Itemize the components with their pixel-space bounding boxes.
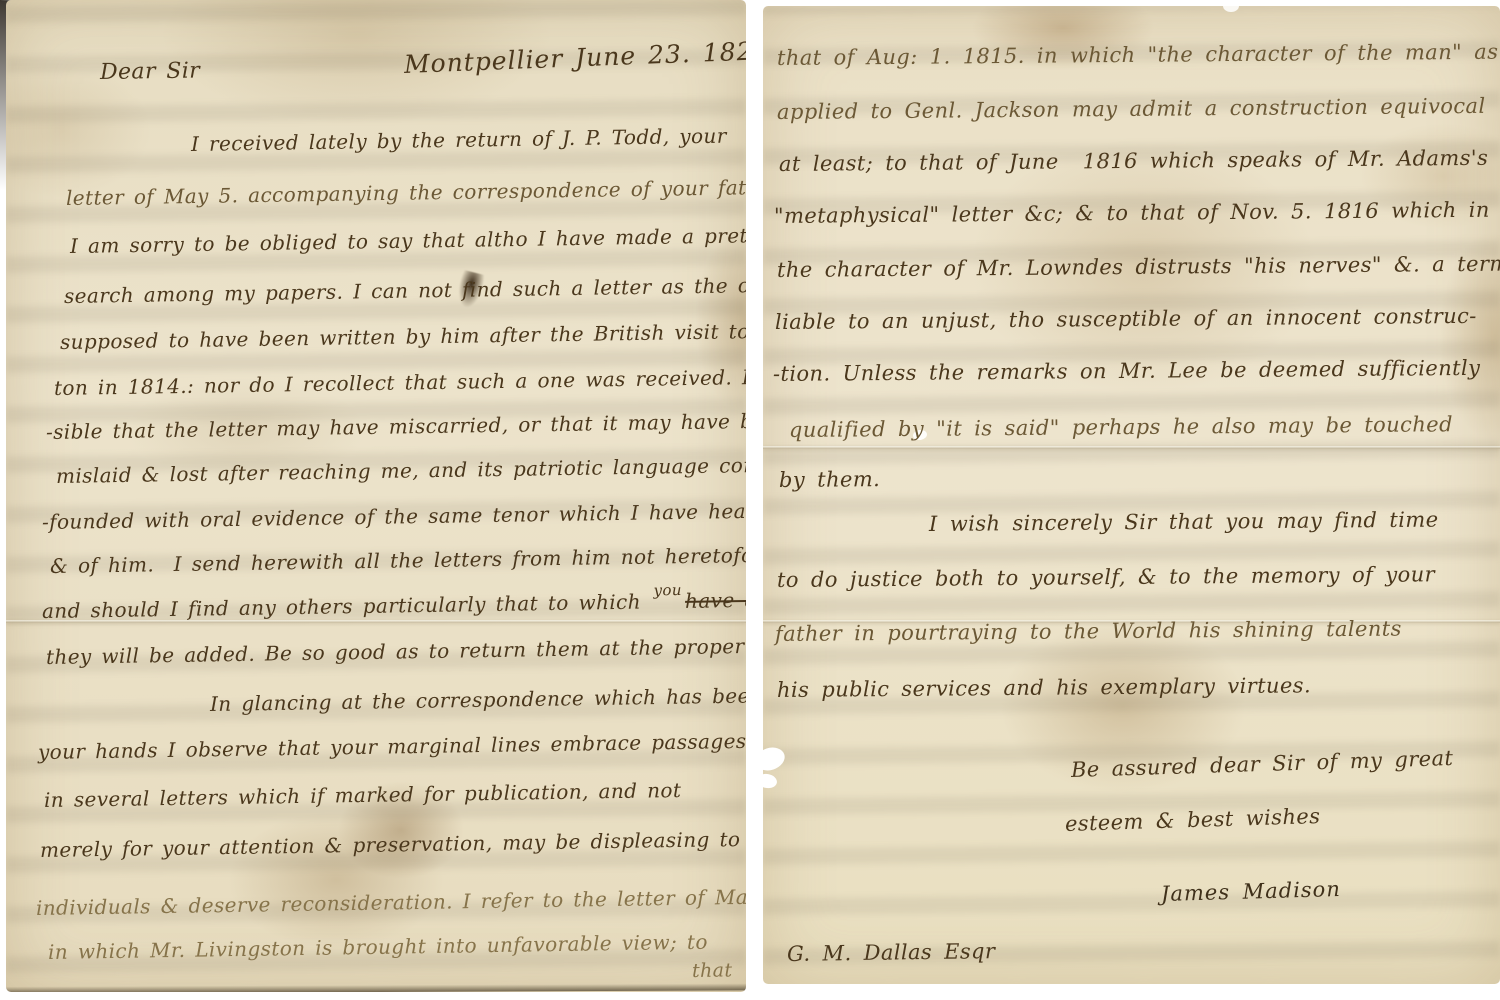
letter-line: I wish sincerely Sir that you may find t…: [929, 510, 1439, 535]
letter-line: liable to an unjust, tho susceptible of …: [775, 306, 1477, 333]
letter-line: In glancing at the correspondence which …: [210, 685, 746, 714]
letter-line: & of him. I send herewith all the letter…: [50, 544, 746, 576]
paper-tear: [763, 744, 788, 774]
letter-line: by them.: [779, 469, 880, 491]
letter-line: I am sorry to be obliged to say that alt…: [70, 223, 746, 256]
letter-line: "metaphysical" letter &c; & to that of N…: [774, 199, 1500, 227]
paper-tear: [1223, 6, 1239, 12]
struck-words: have alluded: [685, 587, 746, 613]
letter-line: in which Mr. Livingston is brought into …: [48, 932, 708, 962]
letter-line: search among my papers. I can not find s…: [64, 275, 746, 306]
letter-line: I received lately by the return of J. P.…: [191, 126, 727, 154]
inserted-word: you: [653, 581, 682, 599]
signature: James Madison: [1161, 879, 1341, 905]
letter-line: father in pourtraying to the World his s…: [775, 619, 1402, 645]
letter-line: to do justice both to yourself, & to the…: [777, 564, 1435, 591]
catchword: that: [692, 961, 733, 981]
letter-line: that of Aug: 1. 1815. in which "the char…: [777, 42, 1499, 69]
letter-line: mislaid & lost after reaching me, and it…: [56, 455, 746, 486]
letter-line: individuals & deserve reconsideration. I…: [36, 886, 746, 918]
fold-crease: [763, 446, 1500, 449]
scan-edge-artifact: [6, 983, 746, 992]
letter-line: -tion. Unless the remarks on Mr. Lee be …: [773, 358, 1481, 385]
letter-page-2: that of Aug: 1. 1815. in which "the char…: [763, 6, 1500, 984]
letter-line: ton in 1814.: nor do I recollect that su…: [54, 366, 746, 398]
letter-line: the character of Mr. Lowndes distrusts "…: [777, 254, 1500, 281]
letter-line: letter of May 5. accompanying the corres…: [66, 177, 746, 208]
addressee: G. M. Dallas Esqr: [787, 941, 996, 965]
letter-line: at least; to that of June 1816 which spe…: [779, 148, 1488, 175]
salutation: Dear Sir: [100, 60, 200, 84]
letter-line: your hands I observe that your marginal …: [38, 731, 746, 762]
letter-line: merely for your attention & preservation…: [40, 829, 741, 860]
letter-line: his public services and his exemplary vi…: [777, 675, 1311, 701]
closing-line: Be assured dear Sir of my great: [1071, 748, 1454, 781]
letter-page-1: Dear Sir Montpellier June 23. 1821 I rec…: [6, 0, 746, 992]
letter-line: they will be added. Be so good as to ret…: [46, 635, 746, 667]
closing-line: esteem & best wishes: [1065, 806, 1321, 835]
dateline: Montpellier June 23. 1821: [404, 38, 746, 77]
letter-line: supposed to have been written by him aft…: [60, 320, 746, 352]
letter-line: -sible that the letter may have miscarri…: [46, 410, 746, 442]
letter-line: qualified by "it is said" perhaps he als…: [789, 414, 1453, 441]
paper-tear: [763, 772, 778, 789]
letter-line: applied to Genl. Jackson may admit a con…: [777, 96, 1486, 123]
letter-line-with-edit: and should I find any others particularl…: [42, 589, 746, 621]
letter-line: -founded with oral evidence of the same …: [42, 500, 746, 532]
letter-line: in several letters which if marked for p…: [44, 780, 682, 810]
edit-line-text: and should I find any others particularl…: [42, 589, 651, 623]
